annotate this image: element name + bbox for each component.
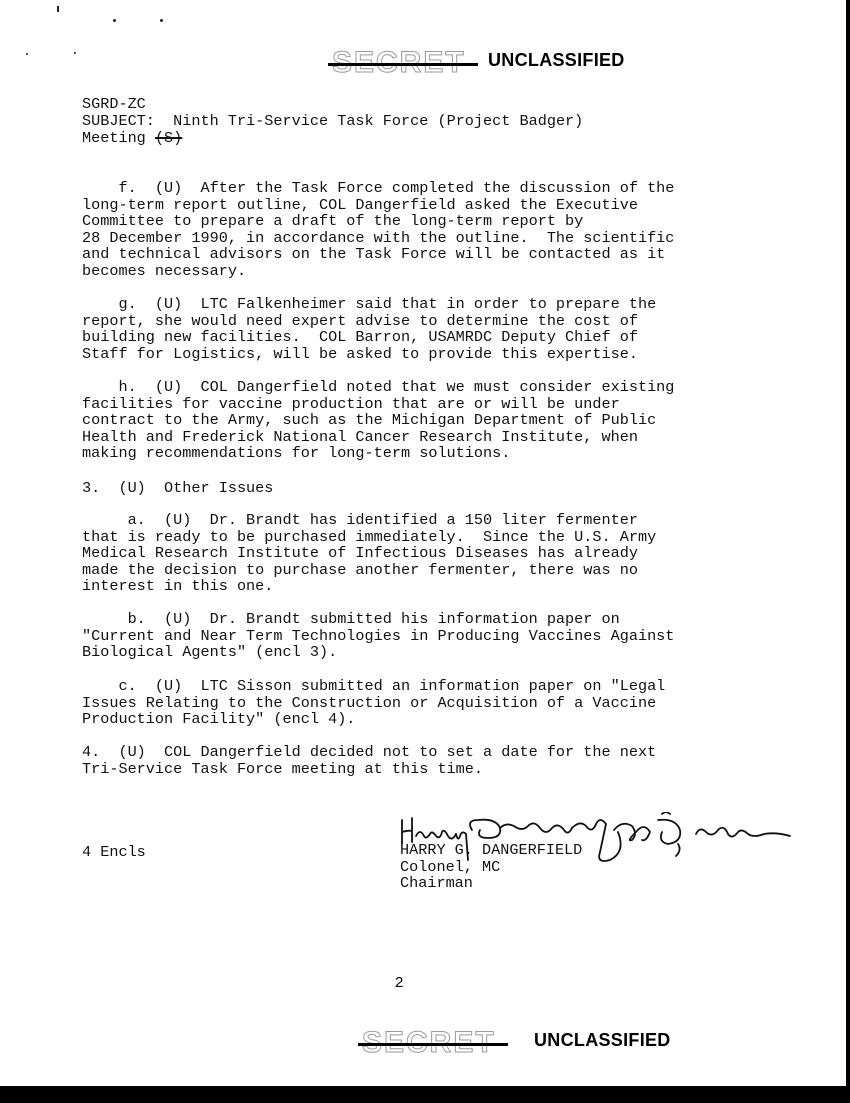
signer-name: HARRY G. DANGERFIELD [400,842,582,859]
paragraph-3a: a. (U) Dr. Brandt has identified a 150 l… [82,512,656,595]
strikeout-line [358,1043,508,1046]
paragraph-3b: b. (U) Dr. Brandt submitted his informat… [82,611,674,661]
scan-speck [57,6,59,12]
paragraph-f: f. (U) After the Task Force completed th… [82,180,674,280]
signer-rank: Colonel, MC [400,859,582,876]
classification-label: UNCLASSIFIED [534,1030,671,1051]
subject-line: SUBJECT: Ninth Tri-Service Task Force (P… [82,113,583,130]
signer-title: Chairman [400,875,582,892]
section-3-heading: 3. (U) Other Issues [82,480,273,497]
scan-edge-bottom [0,1086,850,1103]
scan-speck [113,19,116,22]
scan-edge-right [846,0,850,1103]
enclosures-count: 4 Encls [82,844,146,861]
office-symbol: SGRD-ZC [82,96,146,113]
subject-title-cont: Meeting [82,129,146,147]
subject-title: Ninth Tri-Service Task Force (Project Ba… [173,112,583,130]
struck-classification: SECRET [328,46,478,76]
paragraph-3c: c. (U) LTC Sisson submitted an informati… [82,678,665,728]
signature-block: HARRY G. DANGERFIELDColonel, MCChairman [400,842,582,892]
paragraph-h: h. (U) COL Dangerfield noted that we mus… [82,379,674,462]
struck-classification: SECRET [358,1026,508,1056]
subject-label: SUBJECT: [82,112,155,130]
page-number: 2 [395,974,403,991]
subject-line-2: Meeting (S) [82,130,182,147]
scan-speck [26,53,28,55]
paragraph-4: 4. (U) COL Dangerfield decided not to se… [82,744,656,777]
scan-speck [160,19,163,22]
paragraph-g: g. (U) LTC Falkenheimer said that in ord… [82,296,656,362]
classification-label: UNCLASSIFIED [488,50,625,71]
document-page: SECRET UNCLASSIFIED SGRD-ZC SUBJECT: Nin… [0,0,850,1103]
scan-speck [74,52,76,54]
strikeout-line [328,63,478,66]
struck-subject-marking: (S) [155,129,182,147]
